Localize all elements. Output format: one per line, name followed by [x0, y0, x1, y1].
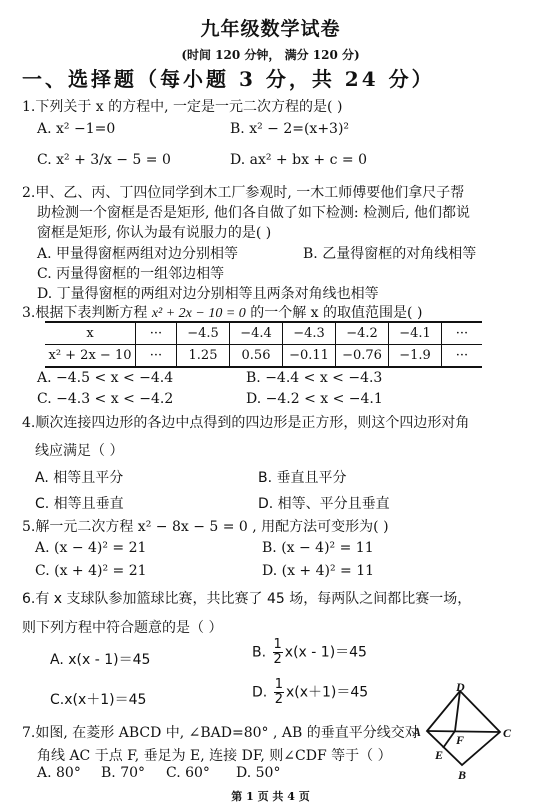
equation: x² + 2x − 10 = 0 — [152, 306, 246, 321]
q2-option-b: B. 乙量得窗框的对角线相等 — [303, 243, 476, 263]
label-e: E — [434, 748, 443, 762]
q3-option-a: A. −4.5 < x < −4.4 — [37, 370, 173, 386]
q2-option-d: D. 丁量得窗框的两组对边分别相等且两条对角线也相等 — [37, 283, 379, 303]
q6-option-b: B. 12x(x - 1)＝45 — [252, 638, 367, 667]
table-cell: −0.11 — [283, 345, 336, 368]
row-header: x² + 2x − 10 — [45, 345, 136, 368]
question-number: 6. — [22, 591, 35, 607]
question-text: 根据下表判断方程 — [35, 305, 151, 321]
question-text: 的一个解 x 的取值范围是( ) — [246, 305, 423, 321]
denominator: 2 — [274, 693, 284, 707]
question-7-stem-line-1: 7.如图, 在菱形 ABCD 中, ∠BAD=80° , AB 的垂直平分线交对 — [22, 722, 419, 742]
table-row-f: x² + 2x − 10 ··· 1.25 0.56 −0.11 −0.76 −… — [45, 345, 482, 368]
exam-title: 九年级数学试卷 — [0, 14, 541, 41]
q5-option-c: C. (x + 4)² = 21 — [35, 563, 147, 579]
q4-option-c: C. 相等且垂直 — [35, 493, 124, 513]
q4-option-d: D. 相等、平分且垂直 — [258, 493, 390, 513]
option-text: x(x＋1)＝45 — [286, 685, 368, 701]
q5-option-b: B. (x − 4)² = 11 — [262, 540, 374, 556]
q6-option-c: C.x(x＋1)＝45 — [50, 689, 146, 709]
table-cell: −4.2 — [336, 322, 389, 345]
table-row-x: x ··· −4.5 −4.4 −4.3 −4.2 −4.1 ··· — [45, 322, 482, 345]
question-number: 7. — [22, 725, 35, 741]
label-a: A — [412, 725, 421, 739]
denominator: 2 — [273, 653, 283, 667]
numerator: 1 — [274, 678, 284, 693]
q4-option-b: B. 垂直且平分 — [258, 467, 347, 487]
q5-option-d: D. (x + 4)² = 11 — [262, 563, 374, 579]
label-d: D — [455, 683, 465, 694]
question-7-stem-line-2: 角线 AC 于点 F, 垂足为 E, 连接 DF, 则∠CDF 等于（ ） — [37, 745, 392, 765]
numerator: 1 — [273, 638, 283, 653]
q2-option-a: A. 甲量得窗框两组对边分别相等 — [37, 243, 238, 263]
question-text: 甲、乙、丙、丁四位同学到木工厂参观时, 一木工师傅要他们拿尺子帮 — [35, 185, 464, 201]
q1-option-c: C. x² + 3/x − 5 = 0 — [37, 152, 171, 168]
q7-option-a: A. 80° — [37, 765, 81, 781]
question-number: 1. — [22, 99, 35, 115]
question-1-stem: 1.下列关于 x 的方程中, 一定是一元二次方程的是( ) — [22, 96, 342, 116]
table-cell: ··· — [136, 322, 177, 345]
question-number: 2. — [22, 185, 35, 201]
question-text: 如图, 在菱形 ABCD 中, ∠BAD=80° , AB 的垂直平分线交对 — [35, 725, 418, 741]
table-cell: 0.56 — [230, 345, 283, 368]
q6-option-a: A. x(x - 1)＝45 — [50, 649, 150, 669]
table-cell: 1.25 — [177, 345, 230, 368]
q4-option-a: A. 相等且平分 — [35, 467, 123, 487]
question-5-stem: 5.解一元二次方程 x² − 8x − 5 = 0 , 用配方法可变形为( ) — [22, 516, 389, 536]
label-b: B — [457, 768, 466, 782]
question-number: 4. — [22, 415, 35, 431]
q7-option-c: C. 60° — [166, 765, 210, 781]
q3-option-c: C. −4.3 < x < −4.2 — [37, 391, 173, 407]
label-f: F — [455, 733, 464, 747]
question-4-stem-line-1: 4.顺次连接四边形的各边中点得到的四边形是正方形，则这个四边形对角 — [22, 412, 469, 432]
fraction-one-half: 12 — [273, 638, 283, 667]
label-c: C — [503, 726, 512, 740]
option-label: D. — [252, 685, 267, 701]
page-footer: 第 1 页 共 4 页 — [0, 788, 541, 804]
table-cell: −4.4 — [230, 322, 283, 345]
question-number: 3. — [22, 305, 35, 321]
q3-option-b: B. −4.4 < x < −4.3 — [246, 370, 382, 386]
question-2-stem-line-3: 窗框是矩形, 你认为最有说服力的是( ) — [37, 222, 271, 242]
q1-option-d: D. ax² + bx + c = 0 — [230, 152, 367, 168]
q2-option-c: C. 丙量得窗框的一组邻边相等 — [37, 263, 224, 283]
q1-option-a: A. x² −1=0 — [37, 121, 115, 137]
option-label: B. — [252, 645, 266, 661]
question-6-stem-line-1: 6.有 x 支球队参加篮球比赛，共比赛了 45 场，每两队之间都比赛一场， — [22, 588, 471, 608]
question-6-stem-line-2: 则下列方程中符合题意的是（ ） — [22, 617, 222, 637]
table-cell: −0.76 — [336, 345, 389, 368]
table-cell: ··· — [442, 322, 483, 345]
exam-subtitle: (时间 120 分钟， 满分 120 分) — [0, 46, 541, 63]
q7-option-b: B. 70° — [101, 765, 145, 781]
table-cell: −4.3 — [283, 322, 336, 345]
question-4-stem-line-2: 线应满足（ ） — [35, 440, 123, 460]
fraction-one-half: 12 — [274, 678, 284, 707]
option-text: x(x - 1)＝45 — [285, 645, 367, 661]
question-3-stem: 3.根据下表判断方程 x² + 2x − 10 = 0 的一个解 x 的取值范围… — [22, 302, 422, 322]
question-text: 下列关于 x 的方程中, 一定是一元二次方程的是( ) — [35, 99, 342, 115]
question-2-stem-line-2: 助检测一个窗框是否是矩形, 他们各自做了如下检测: 检测后, 他们都说 — [37, 202, 470, 222]
table-cell: ··· — [136, 345, 177, 368]
table-cell: −1.9 — [389, 345, 442, 368]
q5-option-a: A. (x − 4)² = 21 — [35, 540, 146, 556]
section-heading: 一、选择题（每小题 3 分，共 24 分） — [22, 63, 435, 92]
table-cell: −4.1 — [389, 322, 442, 345]
rhombus-figure: D A C F E B — [405, 683, 525, 798]
question-2-stem-line-1: 2.甲、乙、丙、丁四位同学到木工厂参观时, 一木工师傅要他们拿尺子帮 — [22, 182, 464, 202]
q7-option-d: D. 50° — [236, 765, 280, 781]
question-text: 有 x 支球队参加篮球比赛，共比赛了 45 场，每两队之间都比赛一场， — [35, 591, 471, 607]
question-text: 顺次连接四边形的各边中点得到的四边形是正方形，则这个四边形对角 — [35, 415, 469, 431]
question-text: 解一元二次方程 x² − 8x − 5 = 0 , 用配方法可变形为( ) — [35, 519, 388, 535]
row-header: x — [45, 322, 136, 345]
q6-option-d: D. 12x(x＋1)＝45 — [252, 678, 368, 707]
value-table: x ··· −4.5 −4.4 −4.3 −4.2 −4.1 ··· x² + … — [45, 321, 482, 368]
table-cell: −4.5 — [177, 322, 230, 345]
question-number: 5. — [22, 519, 35, 535]
q1-option-b: B. x² − 2=(x+3)² — [230, 121, 349, 137]
table-cell: ··· — [442, 345, 483, 368]
q3-option-d: D. −4.2 < x < −4.1 — [246, 391, 383, 407]
